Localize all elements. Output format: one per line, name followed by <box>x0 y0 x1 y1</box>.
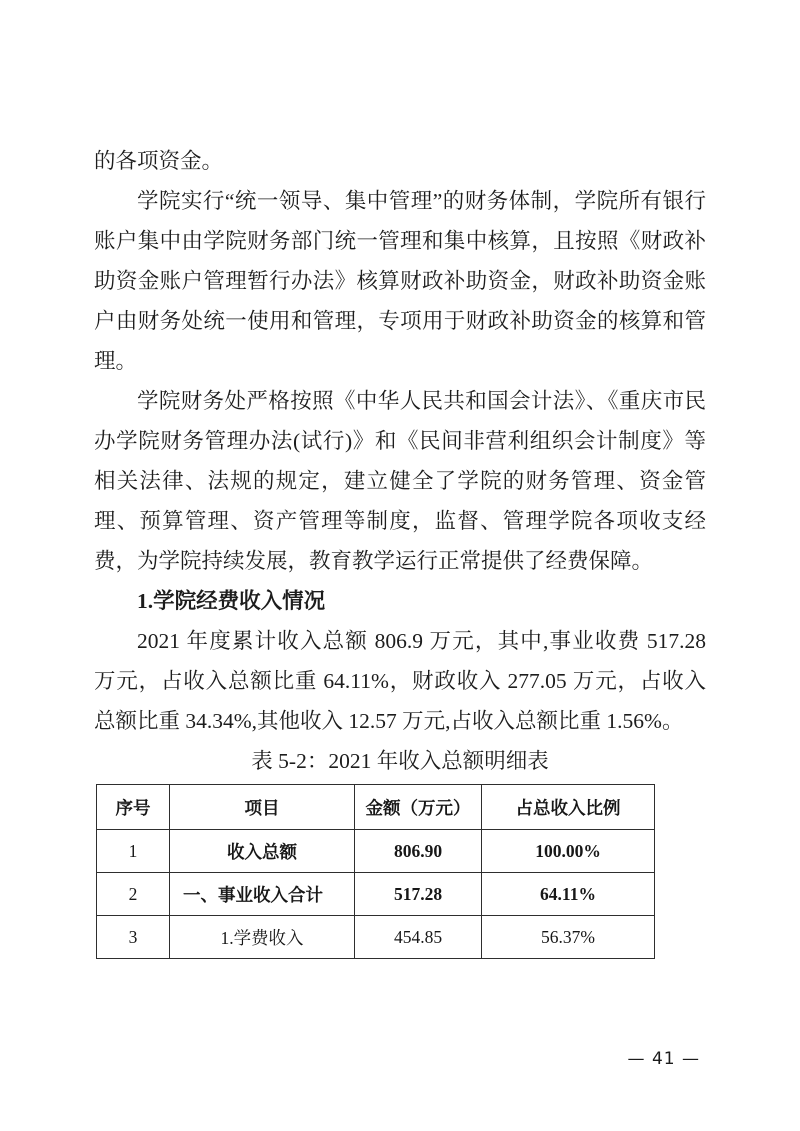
header-cell-ratio: 占总收入比例 <box>482 785 655 830</box>
cell-ratio: 56.37% <box>482 916 655 959</box>
cell-item: 一、事业收入合计 <box>170 873 355 916</box>
cell-no: 2 <box>97 873 170 916</box>
paragraph-finance-system: 学院实行“统一领导、集中管理”的财务体制，学院所有银行账户集中由学院财务部门统一… <box>94 181 706 381</box>
cell-no: 1 <box>97 830 170 873</box>
paragraph-income-stats: 2021 年度累计收入总额 806.9 万元，其中,事业收费 517.28 万元… <box>94 621 706 741</box>
table-row: 1 收入总额 806.90 100.00% <box>97 830 655 873</box>
document-page: 的各项资金。 学院实行“统一领导、集中管理”的财务体制，学院所有银行账户集中由学… <box>0 0 800 1131</box>
income-table: 序号 项目 金额（万元） 占总收入比例 1 收入总额 806.90 100.00… <box>96 784 655 959</box>
table-header-row: 序号 项目 金额（万元） 占总收入比例 <box>97 785 655 830</box>
body-text: 的各项资金。 学院实行“统一领导、集中管理”的财务体制，学院所有银行账户集中由学… <box>94 141 706 741</box>
table-caption: 表 5-2：2021 年收入总额明细表 <box>94 741 706 781</box>
cell-ratio: 64.11% <box>482 873 655 916</box>
cell-amount: 517.28 <box>355 873 482 916</box>
cell-item: 收入总额 <box>170 830 355 873</box>
paragraph-continuation: 的各项资金。 <box>94 141 706 181</box>
header-cell-item: 项目 <box>170 785 355 830</box>
section-heading: 1.学院经费收入情况 <box>94 581 706 621</box>
page-content: 的各项资金。 学院实行“统一领导、集中管理”的财务体制，学院所有银行账户集中由学… <box>94 141 706 959</box>
cell-no: 3 <box>97 916 170 959</box>
page-number: — 41 — <box>628 1049 700 1069</box>
cell-item: 1.学费收入 <box>170 916 355 959</box>
header-cell-amount: 金额（万元） <box>355 785 482 830</box>
paragraph-regulations: 学院财务处严格按照《中华人民共和国会计法》、《重庆市民办学院财务管理办法(试行)… <box>94 381 706 581</box>
cell-amount: 454.85 <box>355 916 482 959</box>
table-row: 2 一、事业收入合计 517.28 64.11% <box>97 873 655 916</box>
table-row: 3 1.学费收入 454.85 56.37% <box>97 916 655 959</box>
header-cell-no: 序号 <box>97 785 170 830</box>
cell-amount: 806.90 <box>355 830 482 873</box>
cell-ratio: 100.00% <box>482 830 655 873</box>
